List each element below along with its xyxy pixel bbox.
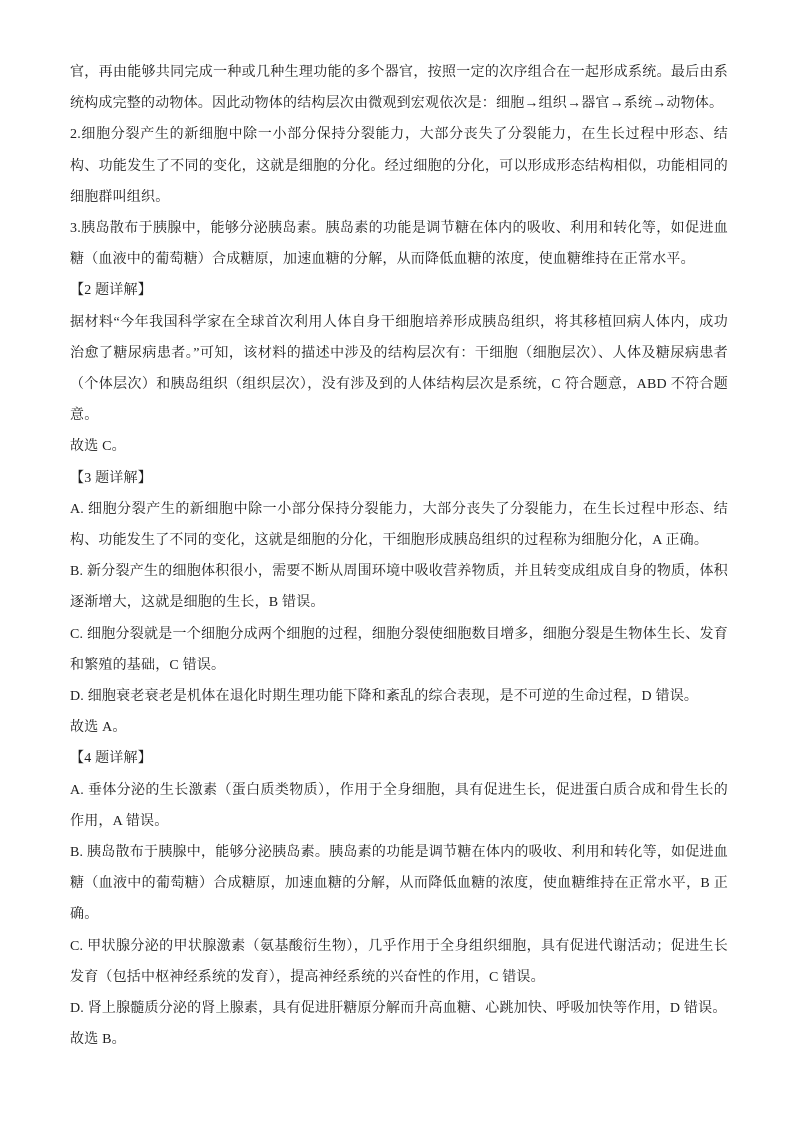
paragraph: 2.细胞分裂产生的新细胞中除一小部分保持分裂能力，大部分丧失了分裂能力，在生长过… — [70, 119, 728, 213]
document-body: 官，再由能够共同完成一种或几种生理功能的多个器官，按照一定的次序组合在一起形成系… — [70, 57, 728, 1056]
paragraph: B. 胰岛散布于胰腺中，能够分泌胰岛素。胰岛素的功能是调节糖在体内的吸收、利用和… — [70, 837, 728, 931]
section-heading: 【4 题详解】 — [70, 743, 728, 774]
paragraph: 据材料“今年我国科学家在全球首次利用人体自身干细胞培养形成胰岛组织，将其移植回病… — [70, 307, 728, 432]
paragraph: C. 细胞分裂就是一个细胞分成两个细胞的过程，细胞分裂使细胞数目增多，细胞分裂是… — [70, 619, 728, 681]
paragraph: B. 新分裂产生的细胞体积很小，需要不断从周围环境中吸收营养物质，并且转变成组成… — [70, 556, 728, 618]
paragraph: 官，再由能够共同完成一种或几种生理功能的多个器官，按照一定的次序组合在一起形成系… — [70, 57, 728, 119]
document-page: 官，再由能够共同完成一种或几种生理功能的多个器官，按照一定的次序组合在一起形成系… — [0, 0, 793, 1122]
paragraph: 3.胰岛散布于胰腺中，能够分泌胰岛素。胰岛素的功能是调节糖在体内的吸收、利用和转… — [70, 213, 728, 275]
paragraph: 故选 C。 — [70, 431, 728, 462]
paragraph: A. 垂体分泌的生长激素（蛋白质类物质），作用于全身细胞，具有促进生长，促进蛋白… — [70, 775, 728, 837]
paragraph: 故选 A。 — [70, 712, 728, 743]
paragraph: D. 细胞衰老衰老是机体在退化时期生理功能下降和紊乱的综合表现，是不可逆的生命过… — [70, 681, 728, 712]
section-heading: 【3 题详解】 — [70, 463, 728, 494]
paragraph: A. 细胞分裂产生的新细胞中除一小部分保持分裂能力，大部分丧失了分裂能力，在生长… — [70, 494, 728, 556]
section-heading: 【2 题详解】 — [70, 275, 728, 306]
paragraph: D. 肾上腺髓质分泌的肾上腺素，具有促进肝糖原分解而升高血糖、心跳加快、呼吸加快… — [70, 993, 728, 1024]
paragraph: C. 甲状腺分泌的甲状腺激素（氨基酸衍生物），几乎作用于全身组织细胞，具有促进代… — [70, 931, 728, 993]
paragraph: 故选 B。 — [70, 1024, 728, 1055]
